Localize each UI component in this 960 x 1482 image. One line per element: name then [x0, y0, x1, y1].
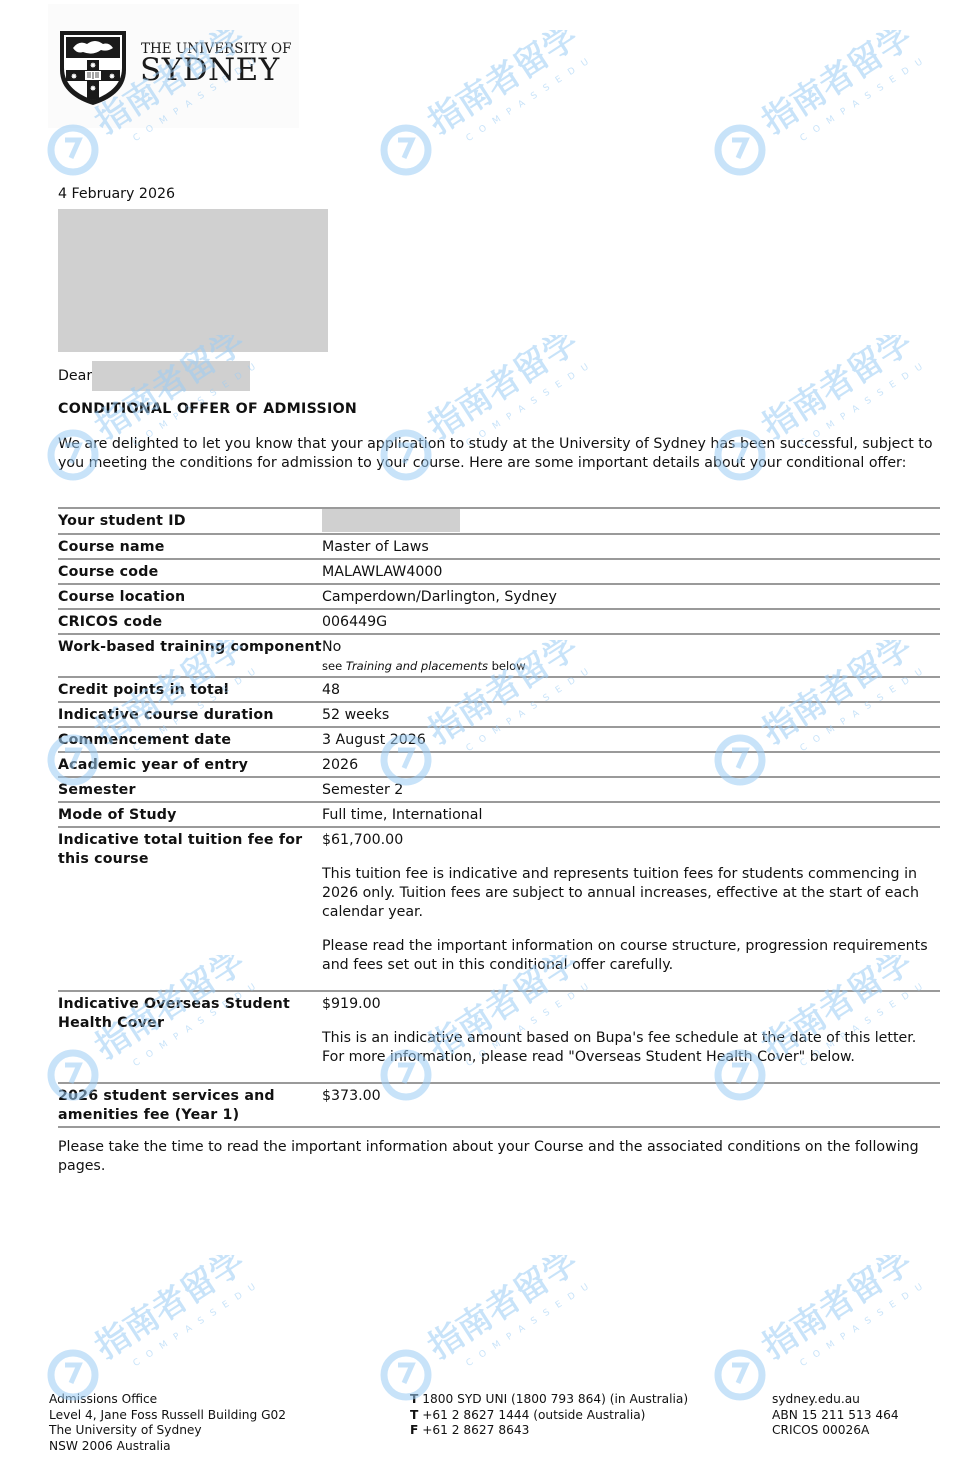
row-value: Full time, International: [322, 803, 940, 826]
table-row: Your student ID: [58, 507, 940, 533]
cricos-text: CRICOS 00026A: [772, 1423, 899, 1439]
row-label: Commencement date: [58, 728, 322, 751]
row-label: Course location: [58, 585, 322, 608]
svg-text:指南者留学: 指南者留学: [88, 1255, 252, 1368]
website-link[interactable]: sydney.edu.au: [772, 1392, 899, 1408]
row-label: 2026 student services and amenities fee …: [58, 1084, 322, 1126]
row-value: $919.00 This is an indicative amount bas…: [322, 992, 940, 1082]
row-label: Indicative Overseas Student Health Cover: [58, 992, 322, 1082]
work-based-value: No: [322, 638, 940, 657]
address-line: Level 4, Jane Foss Russell Building G02: [49, 1408, 286, 1424]
table-row: CRICOS code 006449G: [58, 608, 940, 633]
address-line: Admissions Office: [49, 1392, 286, 1408]
note-link-text: Training and placements: [346, 659, 488, 673]
svg-text:✸: ✸: [90, 84, 97, 93]
row-value: $61,700.00 This tuition fee is indicativ…: [322, 828, 940, 990]
footer-address: Admissions Office Level 4, Jane Foss Rus…: [49, 1392, 286, 1454]
contact-text: +61 2 8627 8643: [418, 1423, 529, 1437]
row-label: Indicative course duration: [58, 703, 322, 726]
row-value: $373.00: [322, 1084, 940, 1126]
watermark-icon: 指南者留学COMPASSEDU: [378, 1255, 608, 1405]
table-row-oshc: Indicative Overseas Student Health Cover…: [58, 990, 940, 1082]
tuition-note-2: Please read the important information on…: [322, 937, 940, 975]
row-label: Work-based training component: [58, 635, 322, 676]
note-text: see: [322, 659, 346, 673]
work-based-note: see Training and placements below: [322, 657, 940, 675]
redacted-name: [92, 361, 250, 391]
svg-text:✸: ✸: [90, 61, 97, 70]
watermark-icon: 指南者留学COMPASSEDU: [378, 30, 608, 180]
table-row-ssaf: 2026 student services and amenities fee …: [58, 1082, 940, 1128]
intro-paragraph: We are delighted to let you know that yo…: [58, 435, 948, 473]
svg-text:✸: ✸: [109, 72, 116, 81]
row-label: Course name: [58, 535, 322, 558]
university-name-line2: SYDNEY: [140, 52, 280, 88]
table-row: Work-based training component No see Tra…: [58, 633, 940, 676]
contact-line: T +61 2 8627 1444 (outside Australia): [410, 1408, 688, 1424]
row-value: Semester 2: [322, 778, 940, 801]
svg-text:COMPASSEDU: COMPASSEDU: [465, 52, 599, 144]
table-row: Course name Master of Laws: [58, 533, 940, 558]
letter-heading: CONDITIONAL OFFER OF ADMISSION: [58, 401, 357, 417]
svg-text:COMPASSEDU: COMPASSEDU: [799, 1277, 933, 1369]
row-label: Mode of Study: [58, 803, 322, 826]
row-value: 006449G: [322, 610, 940, 633]
svg-text:指南者留学: 指南者留学: [755, 335, 919, 448]
watermark-icon: 指南者留学COMPASSEDU: [45, 1255, 275, 1405]
table-row: Semester Semester 2: [58, 776, 940, 801]
contact-line: F +61 2 8627 8643: [410, 1423, 688, 1439]
row-label: Credit points in total: [58, 678, 322, 701]
row-value: 3 August 2026: [322, 728, 940, 751]
svg-text:COMPASSEDU: COMPASSEDU: [465, 1277, 599, 1369]
table-row: Commencement date 3 August 2026: [58, 726, 940, 751]
tuition-amount: $61,700.00: [322, 831, 940, 850]
university-crest-icon: ✸ ✸ ✸ ✸: [57, 28, 129, 106]
row-value: No see Training and placements below: [322, 635, 940, 676]
row-label: Course code: [58, 560, 322, 583]
oshc-amount: $919.00: [322, 995, 940, 1014]
row-label: Academic year of entry: [58, 753, 322, 776]
row-label: Your student ID: [58, 509, 322, 533]
table-row-tuition: Indicative total tuition fee for this co…: [58, 826, 940, 990]
svg-text:COMPASSEDU: COMPASSEDU: [132, 1277, 266, 1369]
table-row: Course location Camperdown/Darlington, S…: [58, 583, 940, 608]
row-value: MALAWLAW4000: [322, 560, 940, 583]
table-row: Indicative course duration 52 weeks: [58, 701, 940, 726]
contact-line: T 1800 SYD UNI (1800 793 864) (in Austra…: [410, 1392, 688, 1408]
footer-info: sydney.edu.au ABN 15 211 513 464 CRICOS …: [772, 1392, 899, 1439]
row-value: 48: [322, 678, 940, 701]
abn-text: ABN 15 211 513 464: [772, 1408, 899, 1424]
watermark-icon: 指南者留学COMPASSEDU: [712, 30, 942, 180]
row-value: [322, 509, 940, 533]
footer-contacts: T 1800 SYD UNI (1800 793 864) (in Austra…: [410, 1392, 688, 1439]
contact-text: +61 2 8627 1444 (outside Australia): [418, 1408, 645, 1422]
address-line: NSW 2006 Australia: [49, 1439, 286, 1455]
redacted-student-id: [322, 509, 460, 532]
table-row: Credit points in total 48: [58, 676, 940, 701]
svg-text:COMPASSEDU: COMPASSEDU: [799, 52, 933, 144]
table-row: Academic year of entry 2026: [58, 751, 940, 776]
row-label: Indicative total tuition fee for this co…: [58, 828, 322, 990]
svg-text:指南者留学: 指南者留学: [755, 1255, 919, 1368]
redacted-address: [58, 209, 328, 352]
row-value: Camperdown/Darlington, Sydney: [322, 585, 940, 608]
table-row: Course code MALAWLAW4000: [58, 558, 940, 583]
svg-text:指南者留学: 指南者留学: [421, 30, 585, 143]
row-label: CRICOS code: [58, 610, 322, 633]
salutation: Dear: [58, 368, 92, 384]
svg-text:✸: ✸: [71, 72, 78, 81]
oshc-note: This is an indicative amount based on Bu…: [322, 1029, 940, 1067]
offer-details-table: Your student ID Course name Master of La…: [58, 507, 940, 1128]
row-value: 52 weeks: [322, 703, 940, 726]
address-line: The University of Sydney: [49, 1423, 286, 1439]
table-row: Mode of Study Full time, International: [58, 801, 940, 826]
row-value: Master of Laws: [322, 535, 940, 558]
row-label: Semester: [58, 778, 322, 801]
note-text: below: [488, 659, 526, 673]
row-value: 2026: [322, 753, 940, 776]
contact-text: 1800 SYD UNI (1800 793 864) (in Australi…: [418, 1392, 688, 1406]
letter-date: 4 February 2026: [58, 186, 175, 202]
tuition-note: This tuition fee is indicative and repre…: [322, 865, 940, 922]
svg-text:指南者留学: 指南者留学: [421, 1255, 585, 1368]
closing-paragraph: Please take the time to read the importa…: [58, 1138, 938, 1176]
watermark-icon: 指南者留学COMPASSEDU: [712, 1255, 942, 1405]
svg-text:指南者留学: 指南者留学: [421, 335, 585, 448]
svg-text:指南者留学: 指南者留学: [755, 30, 919, 143]
